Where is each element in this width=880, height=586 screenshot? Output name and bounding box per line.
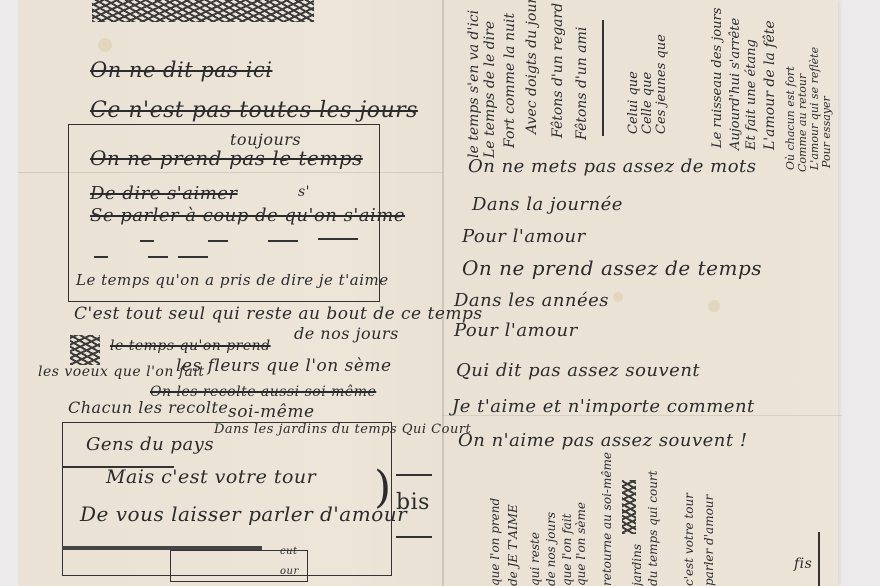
scribble-mark — [70, 335, 100, 365]
vtext-9: Ces jeunes que — [654, 34, 669, 134]
vtext-b9: du temps qui court — [646, 471, 660, 586]
vtext-b4: de nos jours — [544, 512, 558, 586]
vtext-b5: que l'on fait — [560, 514, 574, 586]
line-soi-meme: soi-même — [228, 402, 315, 422]
vtext-r4: L'amour de la fête — [762, 20, 778, 150]
insert-s: s' — [298, 184, 310, 200]
main-line-4: On ne prend assez de temps — [462, 256, 762, 280]
main-line-5: Dans les années — [454, 290, 609, 311]
vtext-b3: qui reste — [528, 532, 542, 586]
line-struck-1: On ne dit pas ici — [90, 58, 272, 82]
vtext-6: Fêtons d'un ami — [574, 27, 590, 140]
refrain-parler-damour: De vous laisser parler d'amour — [80, 502, 407, 526]
main-line-1: On ne mets pas assez de mots — [468, 156, 757, 177]
vtext-8: Celle que — [640, 72, 655, 134]
dash — [208, 240, 228, 242]
dash — [178, 256, 208, 258]
vertical-strike — [602, 20, 604, 136]
vtext-r1: Le ruisseau des jours — [710, 8, 725, 148]
bracket: ) — [374, 462, 392, 513]
vtext-7: Celui que — [626, 71, 641, 134]
vtext-1: le temps s'en va d'ici — [466, 10, 482, 158]
dash — [140, 240, 154, 242]
vtext-b7: retourne au soi-même — [600, 452, 614, 586]
vtext-4: Avec doigts du jour — [524, 0, 540, 134]
paper-stain — [613, 292, 623, 302]
vtext-b1: que l'on prend — [488, 498, 502, 586]
corner-stroke — [818, 532, 820, 586]
vtext-b10: c'est votre tour — [682, 493, 696, 586]
dash — [94, 256, 108, 258]
main-line-8: Je t'aime et n'importe comment — [452, 396, 755, 417]
paper-stain — [98, 38, 112, 52]
vtext-b11: parler d'amour — [702, 495, 716, 586]
vtext-r2: Aujourd'hui s'arrête — [728, 18, 743, 150]
dash — [148, 256, 168, 258]
box1-line-1: On ne prend pas le temps — [90, 146, 363, 170]
refrain-jardins: Dans les jardins du temps Qui Court — [214, 422, 471, 437]
corner-note: fis — [794, 556, 812, 572]
vtext-b8: jardins — [630, 544, 644, 586]
vtext-b6: que l'on sème — [574, 502, 588, 586]
vtext-3: Fort comme la nuit — [502, 13, 518, 148]
box1-line-3: Se parler à coup de qu'on s'aime — [90, 205, 405, 226]
label-our: our — [280, 566, 299, 577]
line-cest-tout-seul: C'est tout seul qui reste au bout de ce … — [74, 304, 483, 324]
vtext-r3: Et fait une étang — [744, 39, 759, 150]
dash — [268, 240, 298, 242]
line-temps-quon-prend: le temps qu'on prend — [110, 338, 271, 354]
insert-de-nos-jours: de nos jours — [294, 324, 399, 343]
paper-stain — [708, 300, 720, 312]
box1-line-2: De dire s'aimer — [90, 183, 238, 204]
box1-line-4: Le temps qu'on a pris de dire je t'aime — [76, 271, 389, 289]
vtext-b2: de JE T'AIME — [506, 504, 520, 586]
scribble-vertical — [622, 480, 636, 534]
center-fold — [442, 0, 444, 586]
main-line-2: Dans la journée — [472, 194, 623, 215]
bis-label: bis — [396, 490, 430, 515]
label-cut: cut — [280, 546, 298, 557]
bis-line-top — [396, 474, 432, 476]
line-chacun: Chacun les recolte — [68, 398, 228, 417]
line-struck-2: Ce n'est pas toutes les jours — [90, 98, 418, 123]
refrain-gens-du-pays: Gens du pays — [86, 434, 214, 455]
vtext-r8: Pour essayer — [820, 96, 833, 168]
main-line-9: On n'aime pas assez souvent ! — [458, 430, 748, 451]
vtext-5: Fêtons d'un regard — [550, 3, 566, 138]
main-line-7: Qui dit pas assez souvent — [456, 360, 700, 381]
refrain-votre-tour: Mais c'est votre tour — [106, 466, 316, 488]
main-line-6: Pour l'amour — [454, 320, 578, 341]
line-fleurs: les fleurs que l'on sème — [176, 356, 392, 376]
scribbled-title — [92, 0, 314, 22]
vtext-2: Le temps de le dire — [482, 21, 498, 158]
bis-line-bottom — [396, 536, 432, 538]
manuscript-sheet: On ne dit pas ici Ce n'est pas toutes le… — [18, 0, 838, 586]
dash — [318, 238, 358, 240]
main-line-3: Pour l'amour — [462, 226, 586, 247]
